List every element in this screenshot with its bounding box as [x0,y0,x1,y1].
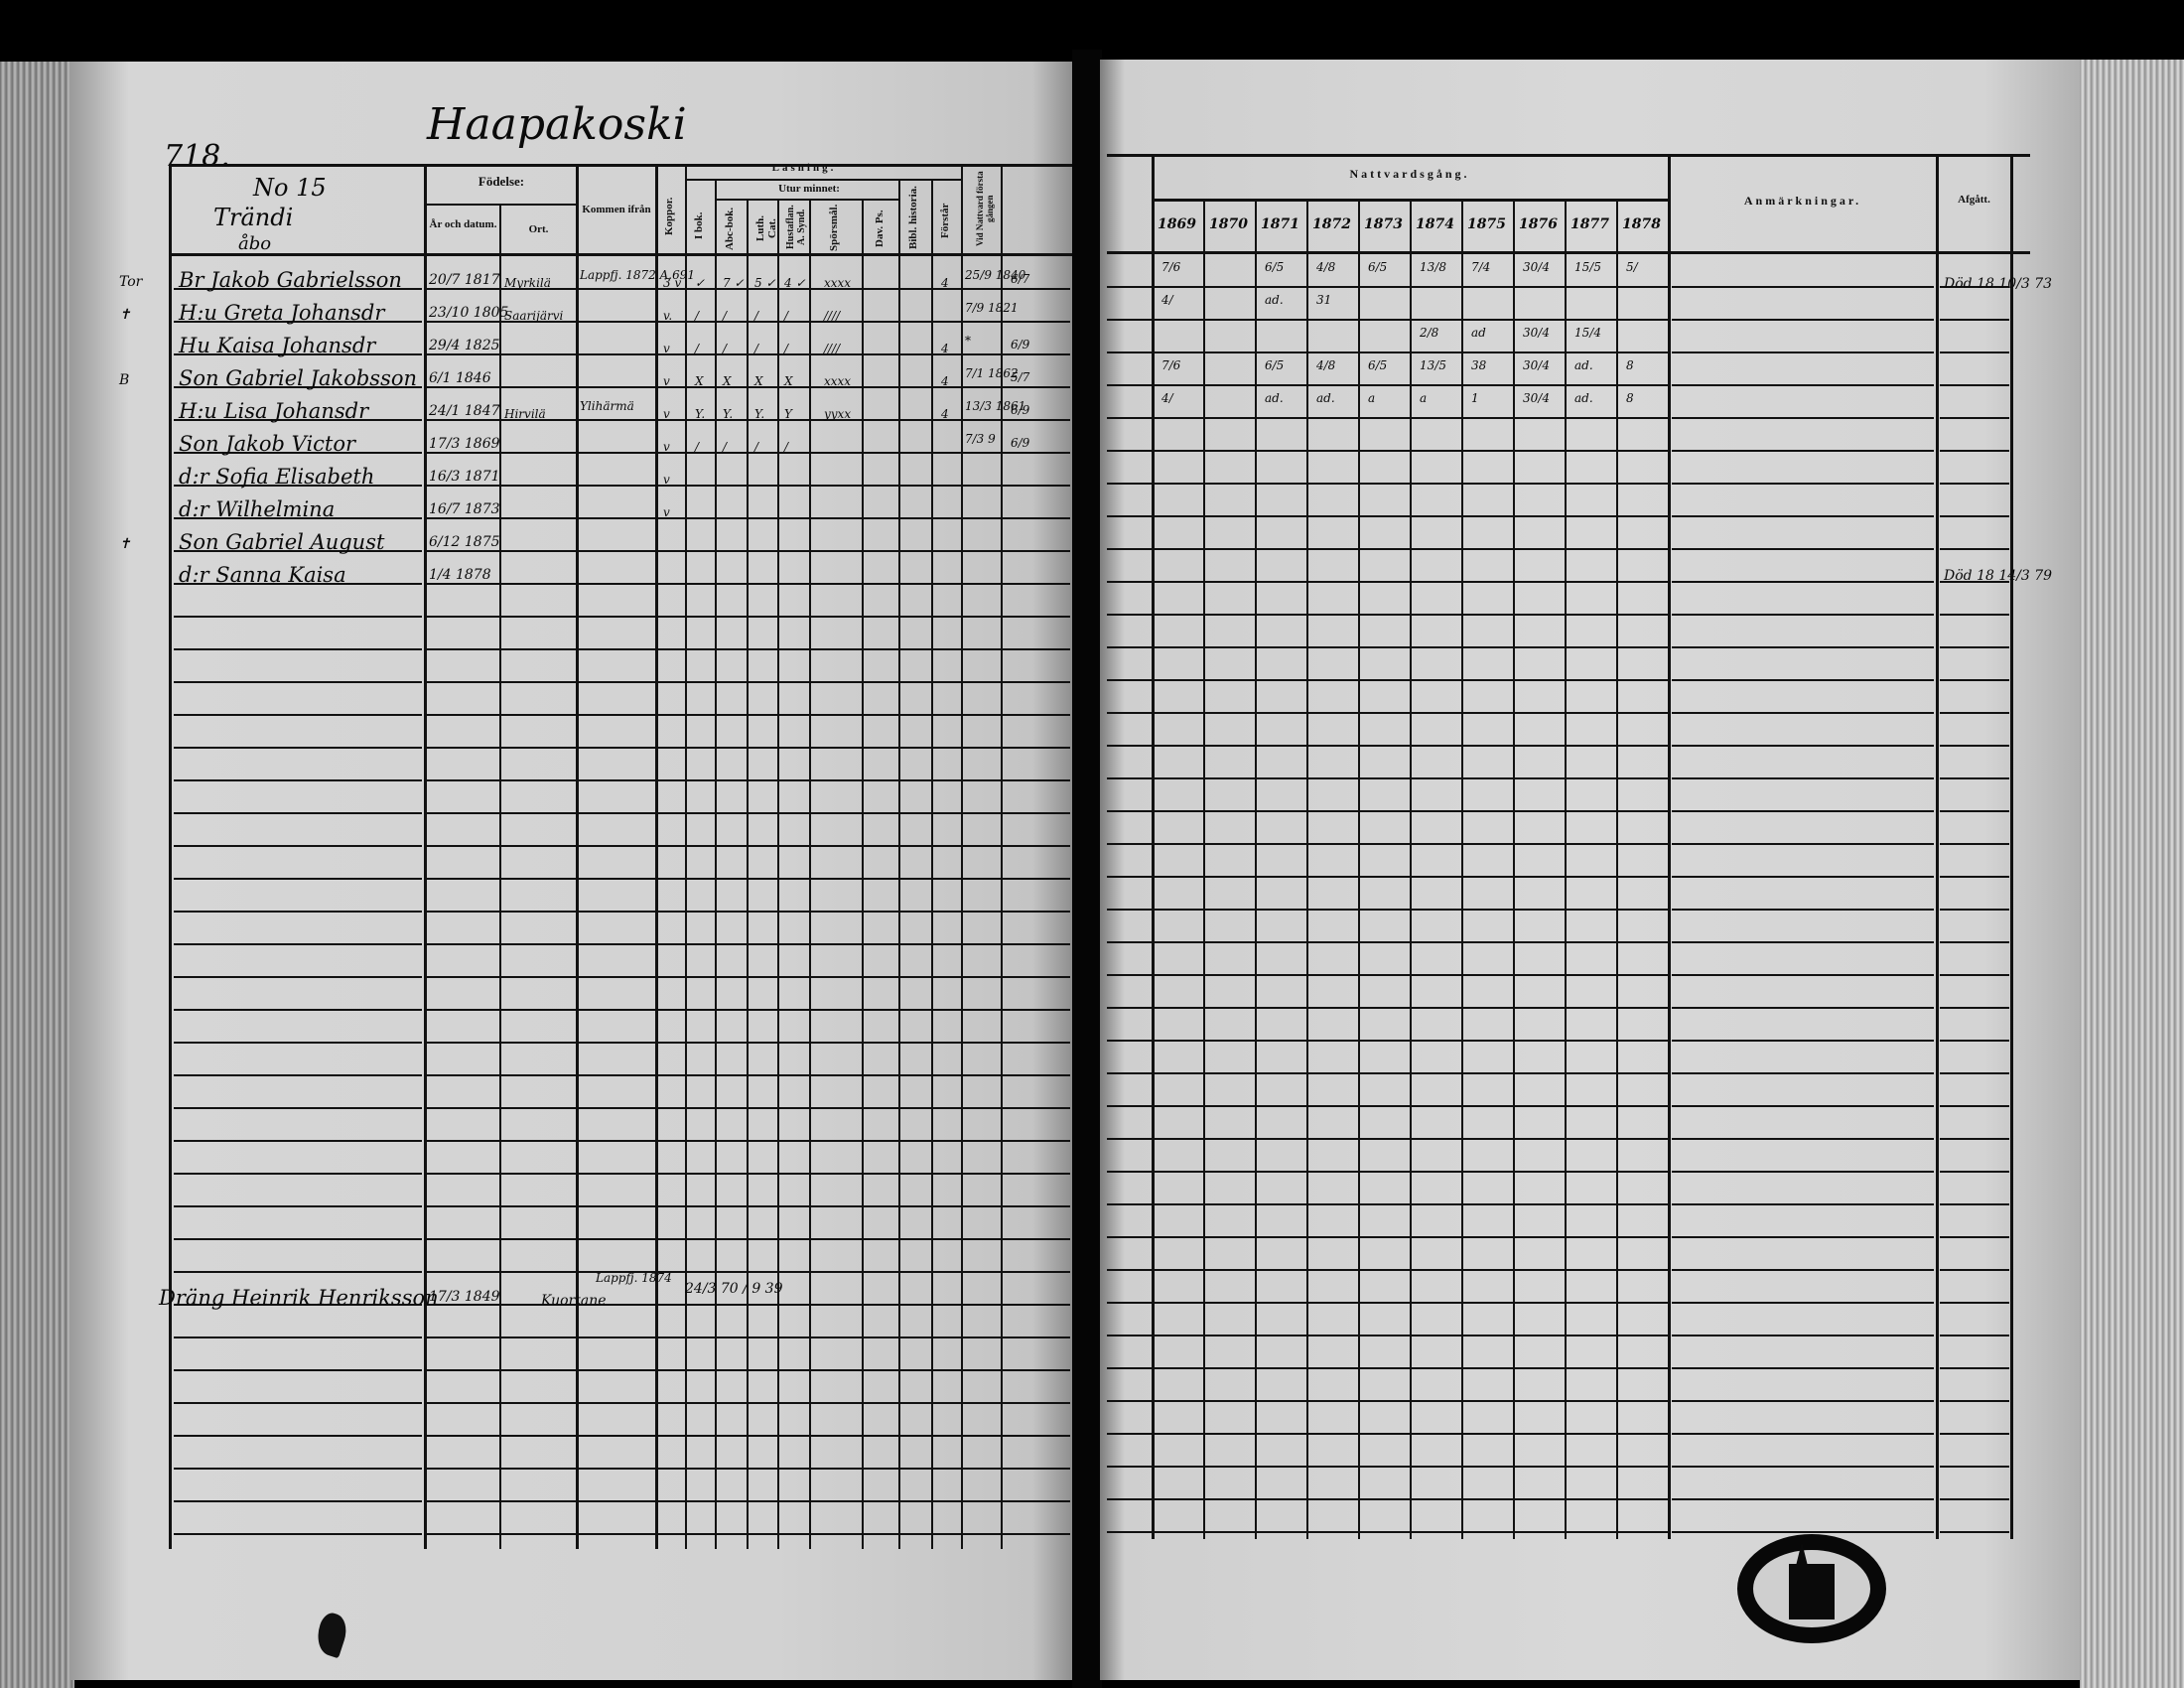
row-line [933,878,961,880]
row-line [501,976,576,978]
row-line [749,1074,777,1076]
row-line [779,1435,809,1437]
row-line [687,747,715,749]
row-line [900,353,931,355]
row-line [717,452,747,454]
row-line [1672,352,1934,353]
row-line [427,1009,499,1011]
row-line [578,353,655,355]
row-line [1003,1107,1070,1109]
row-line [501,583,576,585]
row-line [900,681,931,683]
row-line [1154,483,1668,485]
row-line [501,452,576,454]
row-line [427,288,499,290]
row-line [1940,1466,2009,1468]
communion-entry: 15/5 [1574,260,1601,274]
extra-value: 6/7 [1011,272,1029,286]
row-line [578,1074,655,1076]
row-line [779,1500,809,1502]
row-line [933,714,961,716]
row-line [717,845,747,847]
row-line [501,616,576,618]
row-line [864,845,898,847]
row-line [174,779,422,781]
row-line [1003,845,1070,847]
row-line [578,550,655,552]
header-afgatt: Afgått. [1938,194,2010,206]
row-line [657,1042,685,1044]
communion-entry: 6/5 [1368,260,1387,274]
book-gutter [1072,50,1102,1688]
row-line [933,517,961,519]
row-line [174,976,422,978]
row-line [578,1009,655,1011]
row-line [779,648,809,650]
row-line [657,812,685,814]
col-divider [1358,199,1360,1539]
left-header-bottom [169,253,1072,256]
row-line [578,1205,655,1207]
row-line [501,812,576,814]
row-line [749,616,777,618]
row-line [174,1140,422,1142]
row-line [501,1336,576,1338]
row-line [1940,384,2009,386]
row-line [1003,1336,1070,1338]
row-line [1672,1072,1934,1074]
row-line [687,1205,715,1207]
row-line [933,1435,961,1437]
row-line [174,1173,422,1175]
row-line [811,943,862,945]
row-line [427,1173,499,1175]
row-line [1672,1269,1934,1271]
row-line [657,419,685,421]
row-line [749,812,777,814]
row-line [779,1042,809,1044]
row-line [900,1304,931,1306]
row-line [501,943,576,945]
row-line [963,1238,1001,1240]
row-line [501,1074,576,1076]
row-line [749,943,777,945]
cat-value: X [754,374,763,388]
row-line [427,1042,499,1044]
row-line [687,812,715,814]
page-number: 718. [164,139,230,174]
row-line [1940,679,2009,681]
row-line [717,714,747,716]
right-header-bottom [1107,251,2030,254]
row-line [811,1533,862,1535]
year-header: 1869 [1158,216,1196,232]
col-divider [1616,199,1618,1539]
hustaflan-value: 4 ✓ [784,276,806,290]
row-line [811,1468,862,1470]
row-line [864,1009,898,1011]
row-line [1940,352,2009,353]
row-line [933,1173,961,1175]
birth-date: 20/7 1817 [429,272,500,288]
forstar-value: 4 [941,342,949,355]
row-line [1107,876,1152,878]
hustaflan-value: / [784,309,788,323]
row-line [1672,1433,1934,1435]
row-line [578,1140,655,1142]
row-line [749,911,777,913]
row-line [427,1074,499,1076]
row-line [933,1336,961,1338]
row-line [427,714,499,716]
communion-entry: ad. [1574,391,1593,405]
row-line [657,943,685,945]
row-line [717,1336,747,1338]
row-line [963,1271,1001,1273]
row-line [864,1107,898,1109]
row-line [717,1402,747,1404]
row-line [1672,777,1934,779]
row-line [427,1500,499,1502]
nattvard-first-value: 7/9 1821 [965,301,1019,315]
row-line [657,1336,685,1338]
row-line [1154,679,1668,681]
row-line [779,1173,809,1175]
row-line [1940,1236,2009,1238]
koppor-value: 3 v [663,276,681,290]
i-bok-value: / [695,309,699,323]
header-ort: Ort. [501,223,576,235]
came-from: Ylihärmä [580,399,634,413]
row-line [1672,1105,1934,1107]
row-line [963,976,1001,978]
row-line [1672,581,1934,583]
row-line [501,747,576,749]
row-line [1154,581,1668,583]
row-line [174,1238,422,1240]
row-line [779,681,809,683]
row-line [174,845,422,847]
row-line [1107,712,1152,714]
row-line [963,812,1001,814]
row-line [657,616,685,618]
row-line [501,779,576,781]
book-page-edges-right [2080,60,2184,1688]
row-line [900,321,931,323]
row-line [864,779,898,781]
koppor-value: v. [663,309,672,323]
header-ar-och-datum: År och datum. [427,218,499,230]
row-line [779,1468,809,1470]
header-i-bok: I bok. [693,204,705,248]
row-line [1940,1203,2009,1205]
row-line [864,1173,898,1175]
row-line [501,714,576,716]
cat-value: / [754,440,758,454]
row-line [717,1140,747,1142]
row-line [427,353,499,355]
row-line [578,1369,655,1371]
row-line [963,419,1001,421]
row-line [933,1205,961,1207]
row-line [687,616,715,618]
row-line [1003,779,1070,781]
row-line [1940,417,2009,419]
row-line [578,911,655,913]
row-line [1003,648,1070,650]
sporsmal-value: xxxx [824,374,851,388]
row-line [1940,1105,2009,1107]
year-header: 1874 [1416,216,1454,232]
row-line [900,943,931,945]
row-line [687,976,715,978]
row-line [963,1042,1001,1044]
row-line [900,1173,931,1175]
row-line [749,321,777,323]
row-line [779,714,809,716]
year-header: 1878 [1622,216,1661,232]
row-line [717,583,747,585]
row-line [717,485,747,487]
left-table-top [169,164,1072,167]
row-line [749,878,777,880]
row-line [174,1369,422,1371]
row-line [963,583,1001,585]
row-line [1672,515,1934,517]
row-line [501,1533,576,1535]
row-line [963,943,1001,945]
household-name: Trändi [213,204,293,231]
row-line [657,1173,685,1175]
row-line [657,878,685,880]
cat-value: / [754,309,758,323]
row-line [1154,286,1668,288]
row-line [657,386,685,388]
row-line [933,1304,961,1306]
row-line [1107,548,1152,550]
row-line [657,779,685,781]
row-line [779,1533,809,1535]
row-line [1672,909,1934,911]
row-line [1107,843,1152,845]
row-line [900,812,931,814]
row-line [1003,1009,1070,1011]
communion-entry: a [1368,391,1375,405]
row-line [174,1271,422,1273]
row-line [749,1435,777,1437]
row-line [1154,1302,1668,1304]
col-divider [809,199,811,1549]
row-line [1107,777,1152,779]
row-line [427,583,499,585]
lower-entry-came-from: Lappfj. 1874 [596,1271,672,1285]
row-line [900,288,931,290]
row-line [501,1042,576,1044]
row-line [749,1271,777,1273]
row-line [578,812,655,814]
row-line [687,1500,715,1502]
hustaflan-value: X [784,374,793,388]
person-name: Son Jakob Victor [179,432,355,456]
row-line [717,943,747,945]
row-line [687,779,715,781]
row-line [687,452,715,454]
row-line [1940,1072,2009,1074]
communion-entry: ad [1471,326,1486,340]
row-line [1154,777,1668,779]
row-line [779,1205,809,1207]
row-line [864,1271,898,1273]
row-line [657,452,685,454]
row-line [657,1074,685,1076]
row-line [900,616,931,618]
row-line [864,976,898,978]
row-line [900,976,931,978]
birth-date: 6/12 1875 [429,534,500,550]
row-line [578,976,655,978]
col-divider [1306,199,1308,1539]
row-line [174,1074,422,1076]
row-line [174,714,422,716]
row-line [687,1304,715,1306]
row-line [1107,1335,1152,1336]
row-line [864,321,898,323]
row-line [864,747,898,749]
communion-entry: 7/6 [1161,260,1180,274]
row-line [174,616,422,618]
row-line [1672,712,1934,714]
extra-value: 6/9 [1011,436,1029,450]
row-line [779,1271,809,1273]
header-forstar: Förstår [939,194,951,248]
row-line [1154,450,1668,452]
extra-value: 6/9 [1011,403,1029,417]
row-line [779,1074,809,1076]
lower-entry-name: Dräng Heinrik Henriksson [159,1286,439,1310]
row-line [687,1369,715,1371]
row-line [1672,1466,1934,1468]
person-name: H:u Greta Johansdr [179,301,384,325]
row-line [864,1402,898,1404]
row-line [1003,747,1070,749]
row-line [963,1107,1001,1109]
row-line [900,485,931,487]
row-line [900,1500,931,1502]
abc-value: Y. [723,407,733,421]
row-line [1003,812,1070,814]
row-line [1003,485,1070,487]
communion-entry: 4/ [1161,293,1173,307]
row-line [749,517,777,519]
row-line [501,911,576,913]
row-line [811,1500,862,1502]
row-line [811,583,862,585]
header-nattvardsgang: Nattvardsgång. [1152,167,1668,182]
row-line [578,583,655,585]
abc-value: / [723,440,727,454]
row-line [1940,548,2009,550]
col-divider [1255,199,1257,1539]
row-line [900,845,931,847]
row-line [749,976,777,978]
row-line [717,878,747,880]
row-line [1154,745,1668,747]
row-line [811,1074,862,1076]
row-line [717,779,747,781]
row-line [1154,515,1668,517]
row-line [717,1107,747,1109]
row-line [687,1533,715,1535]
koppor-value: v [663,374,670,388]
row-line [1107,286,1152,288]
row-line [811,1271,862,1273]
row-line [657,1205,685,1207]
col-divider [961,164,963,1549]
row-line [1672,450,1934,452]
row-line [749,1107,777,1109]
row-line [578,1173,655,1175]
row-line [1940,941,2009,943]
row-line [1154,319,1668,321]
row-line [1003,1402,1070,1404]
row-line [933,616,961,618]
row-line [811,845,862,847]
row-line [1940,646,2009,648]
abc-value: / [723,342,727,355]
communion-entry: 4/ [1161,391,1173,405]
row-line [578,1107,655,1109]
row-line [717,812,747,814]
nattvard-first-value: * [965,334,971,348]
row-line [1940,483,2009,485]
row-line [811,1336,862,1338]
communion-entry: 4/8 [1316,260,1335,274]
row-line [779,812,809,814]
row-line [1940,777,2009,779]
row-line [963,648,1001,650]
row-line [1154,1105,1668,1107]
row-line [779,1369,809,1371]
row-line [1107,319,1152,321]
row-line [864,616,898,618]
birth-place: Saarijärvi [504,309,563,323]
row-line [1107,646,1152,648]
row-line [427,1107,499,1109]
lower-entry-date: 17/3 1849 [429,1289,500,1305]
row-line [1940,614,2009,616]
communion-entry: 30/4 [1523,358,1550,372]
birth-date: 6/1 1846 [429,370,491,386]
row-line [779,583,809,585]
row-line [811,779,862,781]
row-line [1003,550,1070,552]
row-line [717,1205,747,1207]
row-line [900,583,931,585]
row-line [933,321,961,323]
row-line [717,386,747,388]
row-line [900,878,931,880]
birth-date: 1/4 1878 [429,567,491,583]
birth-place: Myrkilä [504,276,551,290]
row-line [657,517,685,519]
row-line [933,845,961,847]
communion-entry: 2/8 [1420,326,1438,340]
row-line [657,1009,685,1011]
row-line [811,747,862,749]
row-line [963,1009,1001,1011]
col-divider [747,199,749,1549]
row-line [1003,911,1070,913]
